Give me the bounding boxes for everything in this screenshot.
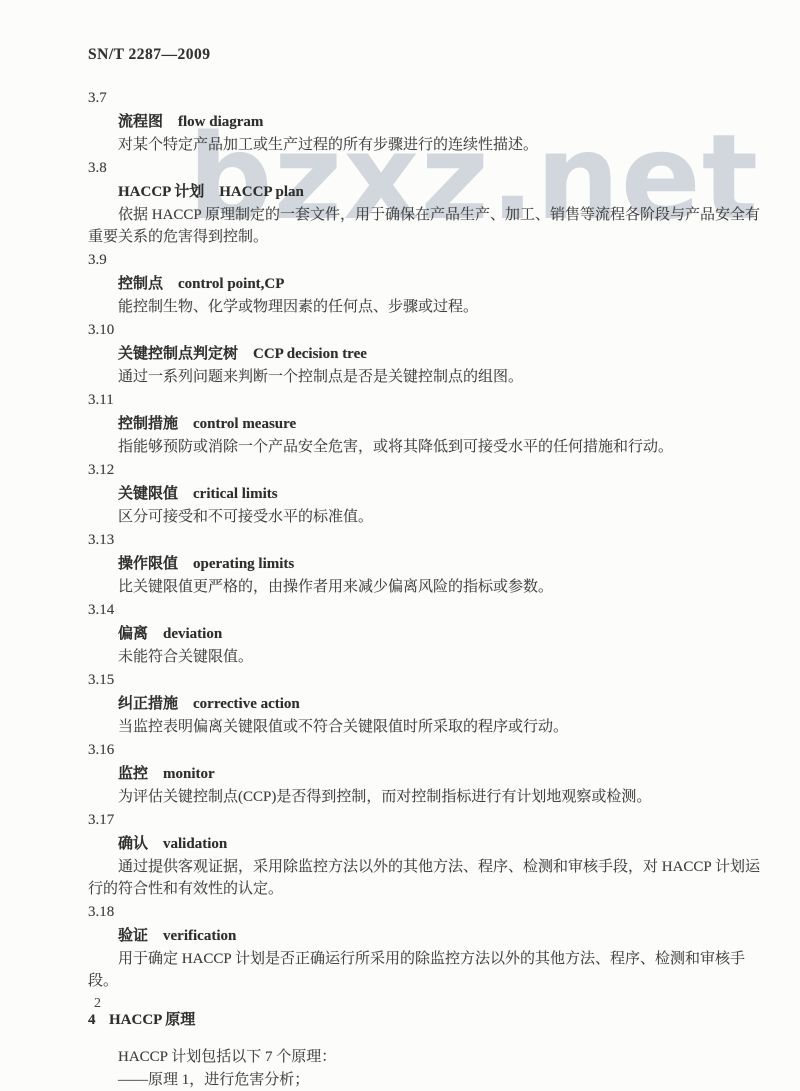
term-chinese: 确认 (118, 836, 148, 852)
term-english: HACCP plan (219, 184, 304, 200)
term-definition: 依据 HACCP 原理制定的一套文件，用于确保在产品生产、加工、销售等流程各阶段… (88, 204, 760, 248)
chapter-heading: 4HACCP 原理 (88, 1008, 760, 1032)
term-section-number: 3.7 (88, 86, 760, 110)
term-heading: 操作限值operating limits (88, 552, 760, 576)
chapter-number: 4 (88, 1012, 96, 1028)
term-heading: 纠正措施corrective action (88, 692, 760, 716)
term-definition: 比关键限值更严格的，由操作者用来减少偏离风险的指标或参数。 (88, 576, 760, 598)
term-definition: 通过提供客观证据，采用除监控方法以外的其他方法、程序、检测和审核手段，对 HAC… (88, 856, 760, 900)
term-chinese: 偏离 (118, 626, 148, 642)
term-chinese: 操作限值 (118, 556, 178, 572)
term-section: 3.8 HACCP 计划HACCP plan 依据 HACCP 原理制定的一套文… (88, 156, 760, 248)
term-chinese: 控制措施 (118, 416, 178, 432)
term-section: 3.14 偏离deviation 未能符合关键限值。 (88, 598, 760, 668)
term-english: CCP decision tree (253, 346, 367, 362)
term-english: control point,CP (178, 276, 284, 292)
term-english: deviation (163, 626, 222, 642)
term-section-number: 3.16 (88, 738, 760, 762)
term-section: 3.12 关键限值critical limits 区分可接受和不可接受水平的标准… (88, 458, 760, 528)
term-heading: HACCP 计划HACCP plan (88, 180, 760, 204)
term-definition: 对某个特定产品加工或生产过程的所有步骤进行的连续性描述。 (88, 134, 760, 156)
term-section-number: 3.12 (88, 458, 760, 482)
term-section-number: 3.15 (88, 668, 760, 692)
term-chinese: 控制点 (118, 276, 163, 292)
document-content: SN/T 2287—2009 3.7 流程图flow diagram 对某个特定… (0, 0, 800, 1091)
term-section-number: 3.17 (88, 808, 760, 832)
term-section: 3.13 操作限值operating limits 比关键限值更严格的，由操作者… (88, 528, 760, 598)
term-heading: 关键控制点判定树CCP decision tree (88, 342, 760, 366)
term-heading: 流程图flow diagram (88, 110, 760, 134)
term-definition: 能控制生物、化学或物理因素的任何点、步骤或过程。 (88, 296, 760, 318)
term-chinese: 关键控制点判定树 (118, 346, 238, 362)
term-chinese: 流程图 (118, 114, 163, 130)
term-section: 3.11 控制措施control measure 指能够预防或消除一个产品安全危… (88, 388, 760, 458)
chapter-title: HACCP 原理 (109, 1012, 195, 1028)
term-heading: 验证verification (88, 924, 760, 948)
term-english: control measure (193, 416, 296, 432)
term-heading: 关键限值critical limits (88, 482, 760, 506)
term-definition: 当监控表明偏离关键限值或不符合关键限值时所采取的程序或行动。 (88, 716, 760, 738)
term-definition: 为评估关键控制点(CCP)是否得到控制，而对控制指标进行有计划地观察或检测。 (88, 786, 760, 808)
term-chinese: HACCP 计划 (118, 184, 204, 200)
term-definition: 未能符合关键限值。 (88, 646, 760, 668)
term-english: validation (163, 836, 227, 852)
term-heading: 确认validation (88, 832, 760, 856)
term-section-number: 3.18 (88, 900, 760, 924)
term-heading: 控制点control point,CP (88, 272, 760, 296)
term-english: critical limits (193, 486, 278, 502)
principles-list: ——原理 1，进行危害分析； (88, 1069, 760, 1091)
term-definition: 通过一系列问题来判断一个控制点是否是关键控制点的组图。 (88, 366, 760, 388)
term-section: 3.17 确认validation 通过提供客观证据，采用除监控方法以外的其他方… (88, 808, 760, 900)
term-section-number: 3.8 (88, 156, 760, 180)
term-definition: 区分可接受和不可接受水平的标准值。 (88, 506, 760, 528)
term-english: flow diagram (178, 114, 263, 130)
term-heading: 偏离deviation (88, 622, 760, 646)
term-heading: 控制措施control measure (88, 412, 760, 436)
term-section-number: 3.11 (88, 388, 760, 412)
term-english: corrective action (193, 696, 300, 712)
term-section: 3.9 控制点control point,CP 能控制生物、化学或物理因素的任何… (88, 248, 760, 318)
term-section: 3.10 关键控制点判定树CCP decision tree 通过一系列问题来判… (88, 318, 760, 388)
term-chinese: 验证 (118, 928, 148, 944)
term-heading: 监控monitor (88, 762, 760, 786)
term-section-number: 3.13 (88, 528, 760, 552)
term-english: monitor (163, 766, 215, 782)
terms-list: 3.7 流程图flow diagram 对某个特定产品加工或生产过程的所有步骤进… (88, 86, 760, 992)
term-section: 3.15 纠正措施corrective action 当监控表明偏离关键限值或不… (88, 668, 760, 738)
term-definition: 指能够预防或消除一个产品安全危害，或将其降低到可接受水平的任何措施和行动。 (88, 436, 760, 458)
standard-number-header: SN/T 2287—2009 (88, 44, 760, 66)
term-chinese: 纠正措施 (118, 696, 178, 712)
term-definition: 用于确定 HACCP 计划是否正确运行所采用的除监控方法以外的其他方法、程序、检… (88, 948, 760, 992)
chapter-intro: HACCP 计划包括以下 7 个原理： (88, 1046, 760, 1069)
term-english: verification (163, 928, 236, 944)
term-chinese: 监控 (118, 766, 148, 782)
term-section: 3.7 流程图flow diagram 对某个特定产品加工或生产过程的所有步骤进… (88, 86, 760, 156)
term-section-number: 3.10 (88, 318, 760, 342)
term-english: operating limits (193, 556, 294, 572)
term-section-number: 3.9 (88, 248, 760, 272)
term-section: 3.16 监控monitor 为评估关键控制点(CCP)是否得到控制，而对控制指… (88, 738, 760, 808)
term-section-number: 3.14 (88, 598, 760, 622)
term-section: 3.18 验证verification 用于确定 HACCP 计划是否正确运行所… (88, 900, 760, 992)
term-chinese: 关键限值 (118, 486, 178, 502)
principle-item: ——原理 1，进行危害分析； (88, 1069, 760, 1091)
document-page: bzxz.net SN/T 2287—2009 3.7 流程图flow diag… (0, 0, 800, 1091)
page-number: 2 (94, 996, 101, 1012)
